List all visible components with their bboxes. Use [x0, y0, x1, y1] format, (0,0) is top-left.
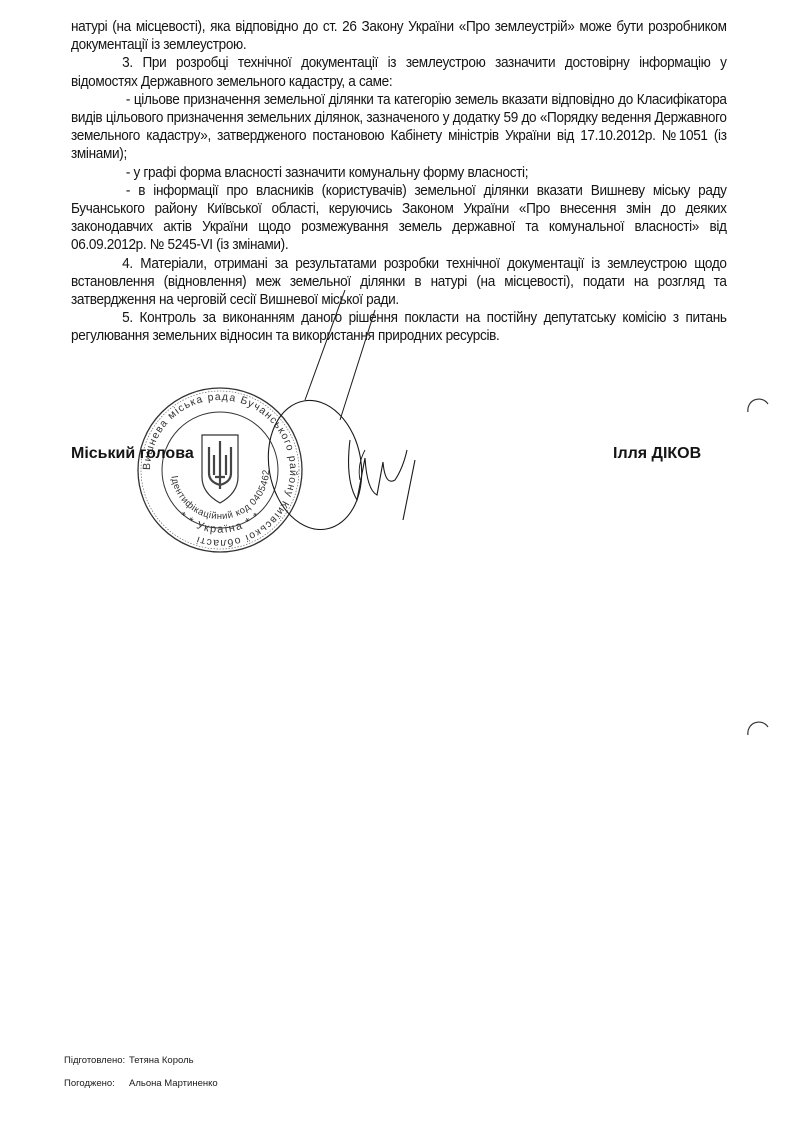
approval-footer: Підготовлено: Тетяна Король Погоджено: А… [64, 1049, 218, 1095]
signatory-title: Міський голова [71, 445, 194, 463]
paragraph-subitem-purpose: - цільове призначення земельної ділянки … [71, 91, 727, 164]
document-page: натурі (на місцевості), яка відповідно д… [0, 0, 800, 1131]
prepared-label: Підготовлено: [64, 1049, 129, 1072]
trident-icon [202, 435, 238, 503]
handwritten-signature [265, 290, 465, 530]
signatory-name: Ілля ДІКОВ [613, 445, 701, 463]
paragraph-subitem-ownership: - у графі форма власності зазначити кому… [71, 164, 727, 182]
agreed-name: Альона Мартиненко [129, 1072, 218, 1095]
agreed-label: Погоджено: [64, 1072, 129, 1095]
prepared-by-row: Підготовлено: Тетяна Король [64, 1049, 218, 1072]
prepared-name: Тетяна Король [129, 1049, 194, 1072]
agreed-by-row: Погоджено: Альона Мартиненко [64, 1072, 218, 1095]
paragraph-subitem-owners: - в інформації про власників (користувач… [71, 182, 727, 255]
paragraph-continuation: натурі (на місцевості), яка відповідно д… [71, 18, 727, 54]
paragraph-item-3: 3. При розробці технічної документації і… [71, 54, 727, 90]
punch-hole-mark [745, 392, 771, 418]
punch-hole-mark [745, 715, 771, 741]
